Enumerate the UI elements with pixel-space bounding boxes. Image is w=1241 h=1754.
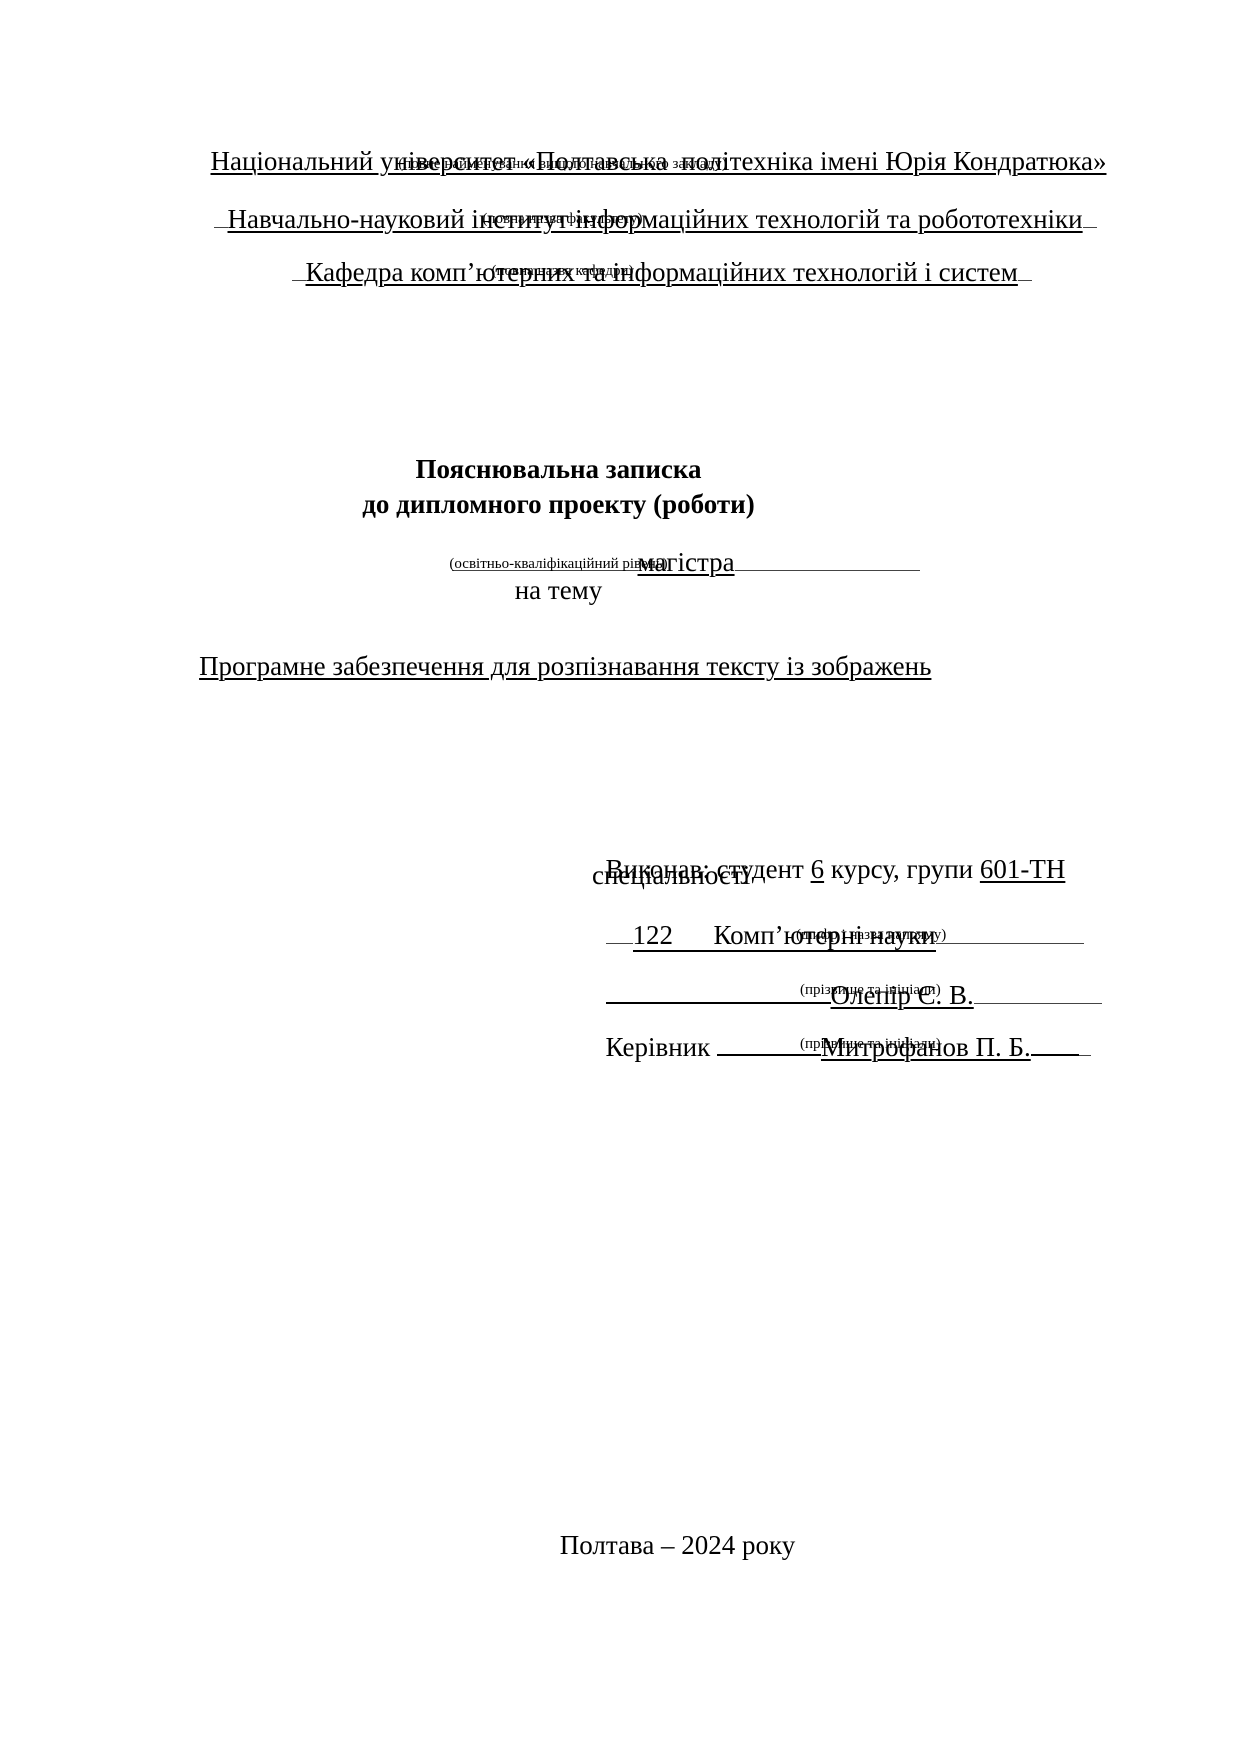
course-number: 6 — [811, 854, 825, 884]
department-caption: (повна назва кафедри) — [0, 264, 1183, 279]
institute-caption: (повна назва факультету) — [0, 212, 1183, 227]
supervisor-caption: (прізвище та ініціали) — [800, 1037, 941, 1052]
document-title-line2: до дипломного проекту (роботи) — [0, 491, 1179, 518]
document-title-line1: Пояснювальна записка — [0, 456, 1179, 483]
course-suffix: курсу, групи — [824, 854, 980, 884]
specialty-caption: (шифр і назва напряму) — [796, 928, 946, 943]
topic: Програмне забезпечення для розпізнавання… — [0, 626, 1179, 680]
city-year: Полтава – 2024 року — [57, 1532, 1241, 1559]
specialty-line: 122 Комп’ютерні науки — [592, 895, 1084, 952]
university-caption: (повне найменування вищого навчального з… — [0, 157, 1183, 172]
group-code: 601-ТН — [980, 854, 1065, 884]
topic-label: на тему — [0, 577, 1179, 604]
degree-caption: (освітньо-кваліфікаційний рівень) — [0, 557, 1179, 572]
topic-text: Програмне забезпечення для розпізнавання… — [199, 651, 931, 681]
supervisor-line: Керівник Митрофанов П. Б. — [592, 1007, 1091, 1061]
student-caption: (прізвище та ініціали) — [800, 983, 941, 998]
specialty-label: спеціальності — [592, 862, 750, 889]
supervisor-label: Керівник — [606, 1032, 717, 1062]
